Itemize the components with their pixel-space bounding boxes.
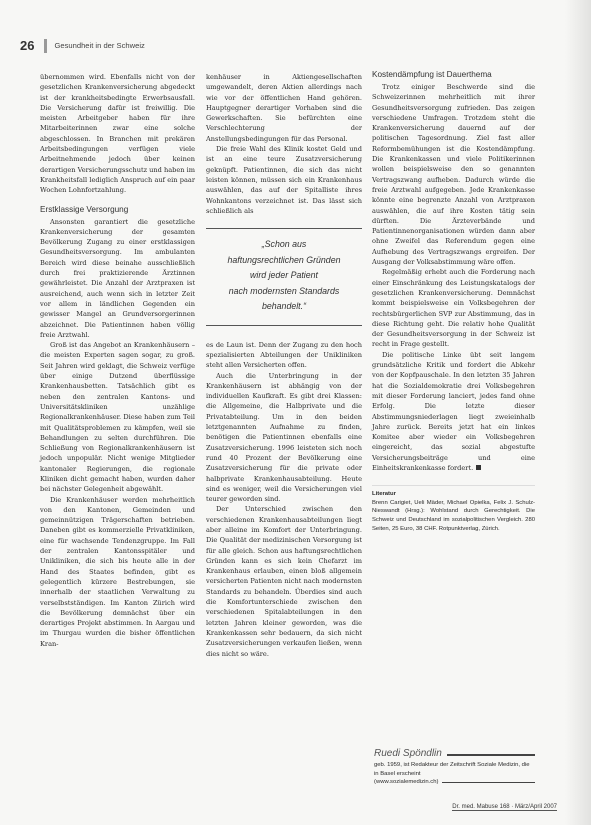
- paragraph: kenhäuser in Aktiengesellschaften umgewa…: [206, 72, 362, 144]
- header-divider: [44, 39, 47, 53]
- footer-citation: Dr. med. Mabuse 168 · März/April 2007: [452, 804, 557, 811]
- website-rule: [442, 782, 536, 783]
- paragraph: Die Krankenhäuser werden mehrheitlich vo…: [40, 495, 195, 649]
- quote-line: haftungsrechtlichen Gründen: [206, 253, 362, 269]
- column-2: kenhäuser in Aktiengesellschaften umgewa…: [206, 72, 362, 659]
- author-website-link[interactable]: (www.sozialemedizin.ch): [374, 779, 439, 785]
- paragraph: Die politische Linke übt seit langem gru…: [372, 350, 535, 474]
- literature-title: Literatur: [372, 490, 535, 499]
- author-name: Ruedi Spöndlin: [374, 748, 442, 759]
- literature-text: Brenn Carigiet, Ueli Mäder, Michael Opie…: [372, 499, 535, 533]
- quote-line: nach modernsten Standards: [206, 284, 362, 300]
- paragraph: Groß ist das Angebot an Krankenhäusern –…: [40, 340, 195, 494]
- paragraph: übernommen wird. Ebenfalls nicht von der…: [40, 72, 195, 196]
- quote-line: behandelt.“: [206, 299, 362, 315]
- column-3: Kostendämpfung ist Dauerthema Trotz eini…: [372, 69, 535, 533]
- author-rule: [447, 754, 535, 756]
- page-header: 26 Gesundheit in der Schweiz: [20, 38, 145, 53]
- paragraph: es de Laun ist. Denn der Zugang zu den h…: [206, 340, 362, 371]
- page-number: 26: [20, 38, 34, 53]
- column-1: übernommen wird. Ebenfalls nicht von der…: [40, 72, 195, 649]
- paragraph: Auch die Unterbringung in der Krankenhäu…: [206, 371, 362, 505]
- literature-box: Literatur Brenn Carigiet, Ueli Mäder, Mi…: [372, 485, 535, 533]
- paragraph: Die freie Wahl des Klinik kostet Geld un…: [206, 144, 362, 216]
- quote-line: „Schon aus: [206, 237, 362, 253]
- paragraph: Der Unterschied zwischen den verschieden…: [206, 504, 362, 658]
- section-title: Gesundheit in der Schweiz: [54, 41, 144, 50]
- end-of-article-icon: [476, 465, 481, 470]
- author-bio: geb. 1959, ist Redakteur der Zeitschrift…: [374, 761, 535, 779]
- quote-line: wird jeder Patient: [206, 268, 362, 284]
- pull-quote: „Schon aus haftungsrechtlichen Gründen w…: [206, 228, 362, 326]
- paragraph: Regelmäßig erhebt auch die Forderung nac…: [372, 267, 535, 349]
- subheading: Kostendämpfung ist Dauerthema: [372, 69, 535, 80]
- subheading: Erstklassige Versorgung: [40, 204, 195, 215]
- page-edge-shadow: [565, 0, 591, 825]
- author-box: Ruedi Spöndlin geb. 1959, ist Redakteur …: [374, 748, 535, 785]
- paragraph: Ansonsten garantiert die gesetzliche Kra…: [40, 217, 195, 341]
- paragraph: Trotz einiger Beschwerde sind die Schwei…: [372, 82, 535, 267]
- paragraph-text: Die politische Linke übt seit langem gru…: [372, 351, 535, 472]
